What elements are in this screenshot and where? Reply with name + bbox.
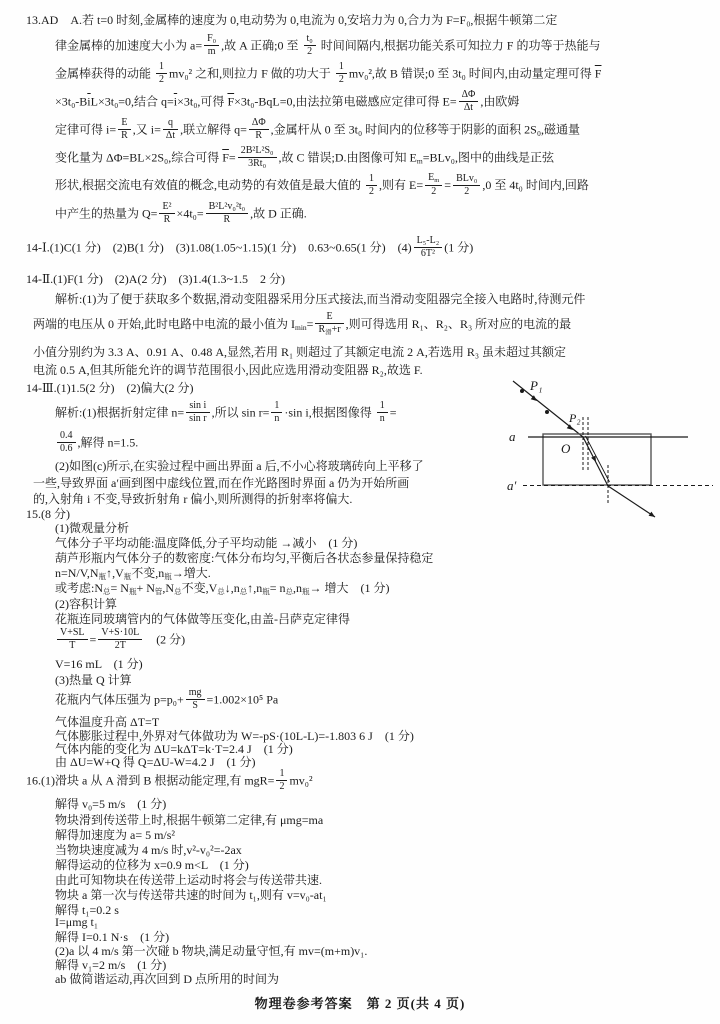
question-13-answer: 13.AD A.若 t=0 时刻,金属棒的速度为 0,电动势为 0,电流为 0,…: [0, 6, 720, 228]
text-line-content: (2)如图(c)所示,在实验过程中画出界面 a 后,不小心将玻璃砖向上平移了: [55, 457, 424, 474]
text-line: 由 ΔU=W+Q 得 Q=ΔU-W=4.2 J (1 分): [0, 755, 720, 768]
text-line-content: ×3t₀-BiL×3t₀=0,结合 q=i×3t₀,可得 F×3t₀-BqL=0…: [55, 91, 519, 114]
refraction-figure: P₁ P₂ a a′ O: [503, 370, 718, 538]
text-line-content: 两端的电压从 0 开始,此时电路中电流的最小值为 Imin=ER滑+r,则可得选…: [33, 313, 571, 338]
text-line: 变化量为 ΔΦ=BL×2S₀,综合可得 F=2B²L²S₀3Rt₀,故 C 错误…: [0, 144, 720, 172]
question-16-answer: 16.(1)滑块 a 从 A 滑到 B 根据动能定理,有 mgR=12mv₀²解…: [0, 768, 720, 985]
text-line: 解得运动的位移为 x=0.9 m<L (1 分): [0, 857, 720, 872]
text-line-content: 的,入射角 i 不变,导致折射角 r 偏小,则所测得的折射率将偏大.: [33, 490, 352, 507]
text-line-content: 解析:(1)为了便于获取多个数据,滑动变阻器采用分压式接法,而当滑动变阻器完全接…: [55, 290, 585, 307]
text-line-content: 14-Ⅲ.(1)1.5(2 分) (2)偏大(2 分): [26, 379, 194, 396]
text-line: 解得加速度为 a= 5 m/s²: [0, 827, 720, 842]
text-line: 或考虑:N总= N瓶+ N管,N总不变,V总↓,n总↑,n瓶= n总,n瓶→ 增…: [0, 580, 720, 596]
text-line: 金属棒获得的动能 12mv₀² 之和,则拉力 F 做的功大于 12mv₀²,故 …: [0, 60, 720, 88]
glass-brick: [543, 434, 651, 485]
transmitted-ray: [608, 486, 655, 517]
question-14-2-answer: 14-Ⅱ.(1)F(1 分) (2)A(2 分) (3)1.4(1.3~1.5 …: [0, 268, 720, 378]
text-line-content: 由 ΔU=W+Q 得 Q=ΔU-W=4.2 J (1 分): [55, 753, 255, 770]
text-line: n=N/V,N瓶↑,V瓶不变,n瓶→增大.: [0, 565, 720, 580]
text-line: 花瓶内气体压强为 p=p₀+mgS=1.002×10⁵ Pa: [0, 687, 720, 713]
transmitted-ray-arrow: [649, 512, 655, 517]
text-line-content: 金属棒获得的动能 12mv₀² 之和,则拉力 F 做的功大于 12mv₀²,故 …: [55, 63, 601, 86]
text-line: 解得 t₁=0.2 s: [0, 902, 720, 916]
page-footer: 物理卷参考答案 第 2 页(共 4 页): [0, 993, 720, 1012]
text-line: 小值分别约为 3.3 A、0.91 A、0.48 A,显然,若用 R₁ 则超过了…: [0, 342, 720, 361]
text-line: 16.(1)滑块 a 从 A 滑到 B 根据动能定理,有 mgR=12mv₀²: [0, 768, 720, 794]
text-line: 物块滑到传送带上时,根据牛顿第二定律,有 μmg=ma: [0, 812, 720, 827]
text-line: 14-Ⅰ.(1)C(1 分) (2)B(1 分) (3)1.08(1.05~1.…: [0, 228, 720, 268]
text-line-content: 14-Ⅱ.(1)F(1 分) (2)A(2 分) (3)1.4(1.3~1.5 …: [26, 270, 285, 287]
text-line-content: 小值分别约为 3.3 A、0.91 A、0.48 A,显然,若用 R₁ 则超过了…: [33, 343, 566, 360]
label-p2: P₂: [568, 411, 581, 425]
text-line-content: 13.AD A.若 t=0 时刻,金属棒的速度为 0,电动势为 0,电流为 0,…: [26, 11, 557, 28]
pin-dot-p1: [520, 389, 524, 393]
question-14-1-answer: 14-Ⅰ.(1)C(1 分) (2)B(1 分) (3)1.08(1.05~1.…: [0, 228, 720, 268]
text-line: 由此可知物块在传送带上运动时将会与传送带共速.: [0, 872, 720, 887]
text-line: ab 做简谐运动,再次回到 D 点所用的时间为: [0, 971, 720, 985]
text-line-content: (3)热量 Q 计算: [55, 671, 132, 688]
text-line: 律金属棒的加速度大小为 a=F₀m,故 A 正确;0 至 t₀2 时间间隔内,根…: [0, 32, 720, 60]
text-line: 13.AD A.若 t=0 时刻,金属棒的速度为 0,电动势为 0,电流为 0,…: [0, 6, 720, 32]
text-line: 解析:(1)为了便于获取多个数据,滑动变阻器采用分压式接法,而当滑动变阻器完全接…: [0, 288, 720, 308]
text-line-content: 解析:(1)根据折射定律 n=sin isin r,所以 sin r=1n·si…: [55, 402, 397, 425]
text-line-content: 形状,根据交流电有效值的概念,电动势的有效值是最大值的 12,则有 E=Em2=…: [55, 174, 589, 199]
text-line-content: 一些,导致界面 a′画到图中虚线位置,而在作光路图时界面 a 仍为开始所画: [33, 474, 409, 491]
text-line: ×3t₀-BiL×3t₀=0,结合 q=i×3t₀,可得 F×3t₀-BqL=0…: [0, 88, 720, 116]
text-line-content: 定律可得 i=ER,又 i=qΔt,联立解得 q=ΔΦR,金属杆从 0 至 3t…: [55, 119, 580, 142]
label-p1: P₁: [529, 378, 542, 393]
text-line-content: 0.40.6,解得 n=1.5.: [55, 432, 138, 455]
text-line: 解得 v₀=5 m/s (1 分): [0, 794, 720, 812]
text-line: 花瓶连同玻璃管内的气体做等压变化,由盖-吕萨克定律得: [0, 611, 720, 625]
pin-dot-p2: [545, 410, 549, 414]
text-line-content: 花瓶内气体压强为 p=p₀+mgS=1.002×10⁵ Pa: [55, 689, 278, 712]
text-line-content: 变化量为 ΔΦ=BL×2S₀,综合可得 F=2B²L²S₀3Rt₀,故 C 错误…: [55, 147, 554, 170]
text-line: 当物块速度减为 4 m/s 时,v²-v₀²=-2ax: [0, 842, 720, 857]
text-line-content: V=16 mL (1 分): [55, 655, 143, 672]
label-a: a: [509, 429, 516, 444]
text-line-content: 电流 0.5 A,但其所能允许的调节范围很小,因此应选用滑动变阻器 R₂,故选 …: [33, 361, 423, 378]
refracted-ray-shadow: [586, 436, 610, 482]
text-line: 形状,根据交流电有效值的概念,电动势的有效值是最大值的 12,则有 E=Em2=…: [0, 172, 720, 200]
incident-ray: [513, 381, 583, 437]
text-line: 两端的电压从 0 开始,此时电路中电流的最小值为 Imin=ER滑+r,则可得选…: [0, 308, 720, 342]
question-15-answer: 15.(8 分)(1)微观量分析气体分子平均动能:温度降低,分子平均动能 →减小…: [0, 506, 720, 768]
text-line: 中产生的热量为 Q=E²R×4t₀=B²L²v₀²t₀R,故 D 正确.: [0, 200, 720, 228]
text-line-content: 中产生的热量为 Q=E²R×4t₀=B²L²v₀²t₀R,故 D 正确.: [55, 203, 307, 226]
text-line: 14-Ⅱ.(1)F(1 分) (2)A(2 分) (3)1.4(1.3~1.5 …: [0, 268, 720, 288]
text-line-content: 16.(1)滑块 a 从 A 滑到 B 根据动能定理,有 mgR=12mv₀²: [26, 770, 313, 793]
text-line-content: 花瓶连同玻璃管内的气体做等压变化,由盖-吕萨克定律得: [55, 610, 350, 627]
label-a-prime: a′: [507, 478, 517, 493]
text-line: V+SLT=V+S·10L2T (2 分): [0, 625, 720, 655]
text-line-content: V+SLT=V+S·10L2T (2 分): [55, 629, 185, 652]
text-line: 定律可得 i=ER,又 i=qΔt,联立解得 q=ΔΦR,金属杆从 0 至 3t…: [0, 116, 720, 144]
text-line-content: 14-Ⅰ.(1)C(1 分) (2)B(1 分) (3)1.08(1.05~1.…: [26, 237, 473, 260]
document-page: 13.AD A.若 t=0 时刻,金属棒的速度为 0,电动势为 0,电流为 0,…: [0, 0, 720, 1024]
label-o: O: [561, 441, 571, 456]
text-line: (3)热量 Q 计算: [0, 672, 720, 687]
text-line-content: 律金属棒的加速度大小为 a=F₀m,故 A 正确;0 至 t₀2 时间间隔内,根…: [55, 35, 600, 58]
text-line: V=16 mL (1 分): [0, 655, 720, 672]
text-line-content: ab 做简谐运动,再次回到 D 点所用的时间为: [55, 970, 279, 987]
text-line-content: 解得 v₀=5 m/s (1 分): [55, 795, 166, 812]
